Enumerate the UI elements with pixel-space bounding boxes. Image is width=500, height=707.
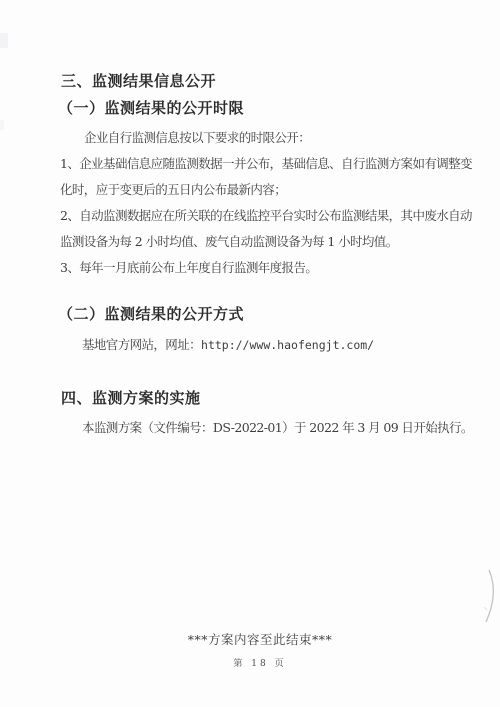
section-3-1-heading: （一）监测结果的公开时限 [58, 100, 244, 117]
scan-smudge-left [0, 120, 4, 130]
website-line: 基地官方网站，网址：http://www.haofengjt.com/ [82, 338, 374, 352]
document-page: 三、监测结果信息公开 （一）监测结果的公开时限 企业自行监测信息按以下要求的时限… [0, 0, 500, 707]
section-3-2-heading: （二）监测结果的公开方式 [58, 306, 244, 323]
section-4-heading: 四、监测方案的实施 [61, 390, 201, 407]
section-4-body: 本监测方案（文件编号：DS-2022-01）于 2022 年 3 月 09 日开… [82, 421, 473, 435]
list-item-2-line-2: 监测设备为每 2 小时均值、废气自动监测设备为每 1 小时均值。 [60, 235, 398, 249]
scan-arc-artifact [480, 565, 500, 625]
paragraph-intro: 企业自行监测信息按以下要求的时限公开： [84, 131, 310, 145]
list-item-3: 3、每年一月底前公布上年度自行监测年度报告。 [60, 261, 317, 275]
scan-smudge-top-left [0, 33, 8, 48]
website-url: http://www.haofengjt.com/ [201, 338, 374, 352]
list-item-1-line-1: 1、企业基础信息应随监测数据一并公布，基础信息、自行监测方案如有调整变 [60, 157, 472, 171]
list-item-2-line-1: 2、自动监测数据应在所关联的在线监控平台实时公布监测结果，其中废水自动 [60, 209, 472, 223]
list-item-1-line-2: 化时，应于变更后的五日内公布最新内容； [60, 183, 286, 197]
section-3-heading: 三、监测结果信息公开 [61, 73, 216, 90]
end-of-plan-note: ***方案内容至此结束*** [20, 630, 500, 648]
website-label: 基地官方网站，网址： [82, 337, 201, 352]
page-number: 第 18 页 [20, 656, 500, 669]
